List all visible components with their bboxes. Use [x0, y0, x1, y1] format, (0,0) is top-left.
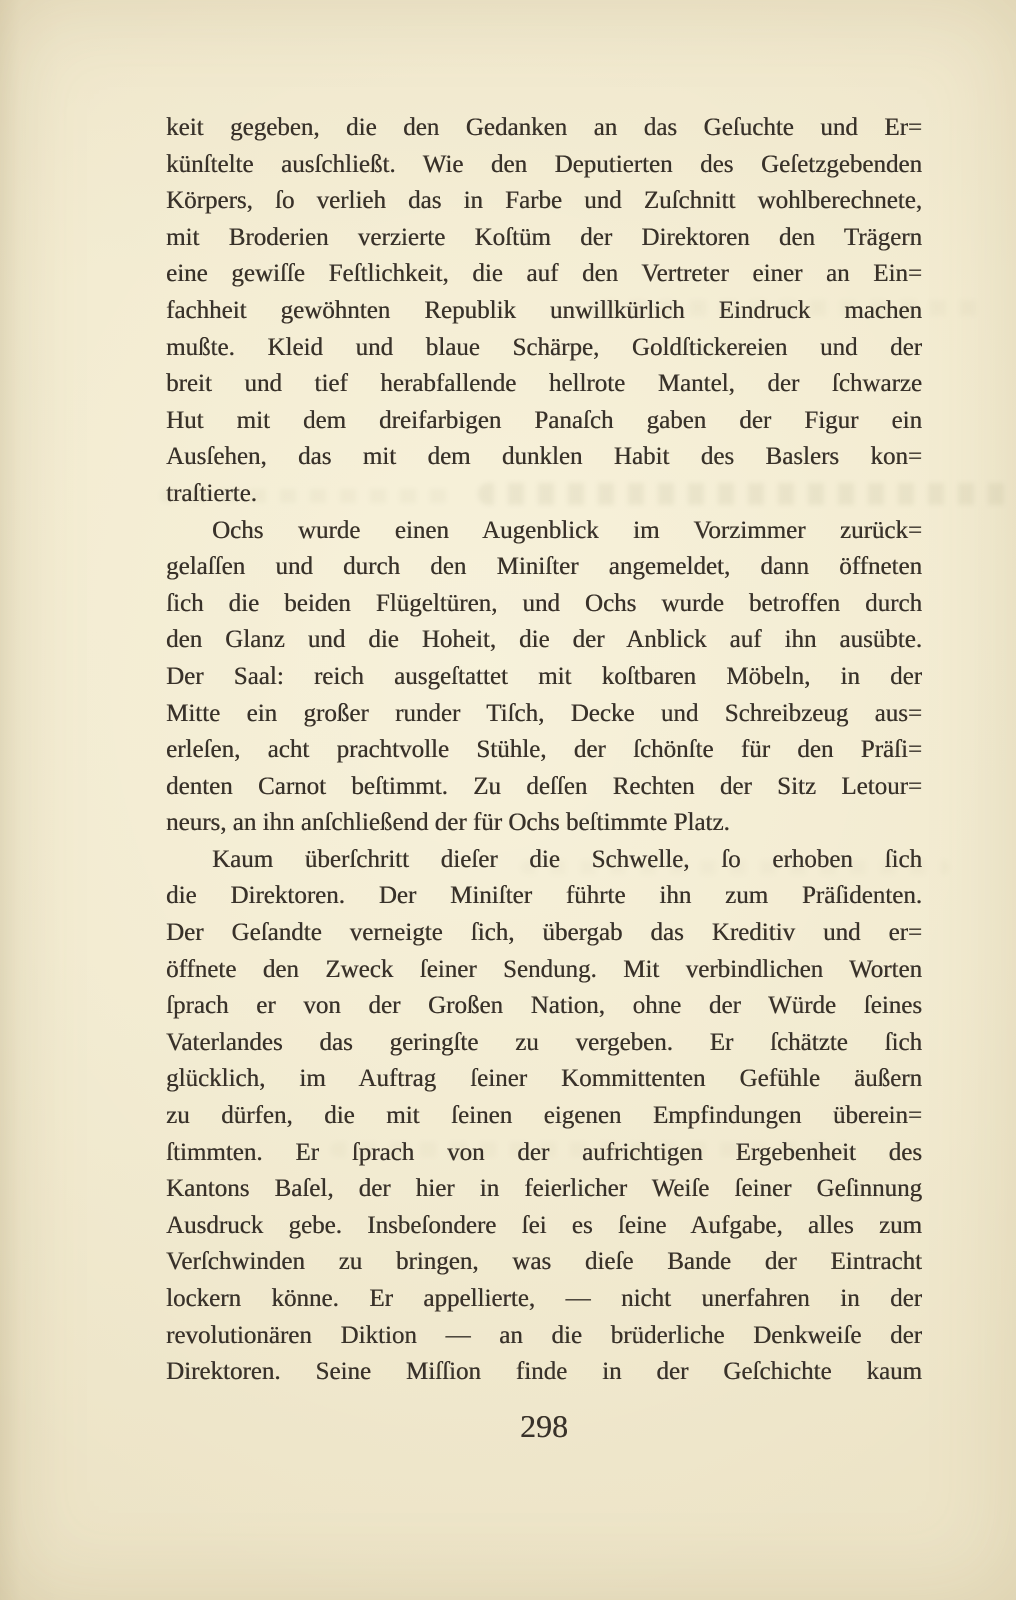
text-line: gelaſſen und durch den Miniſter angemeld…: [166, 549, 922, 586]
text-line: künſtelte ausſchließt. Wie den Deputiert…: [166, 147, 922, 184]
text-line: glücklich, im Auftrag ſeiner Kommittente…: [166, 1061, 922, 1098]
text-line: Kantons Baſel, der hier in feierlicher W…: [166, 1171, 922, 1208]
text-line: Mitte ein großer runder Tiſch, Decke und…: [166, 696, 922, 733]
text-line: Ausſehen, das mit dem dunklen Habit des …: [166, 439, 922, 476]
text-line: zu dürfen, die mit ſeinen eigenen Empfin…: [166, 1098, 922, 1135]
page-text-block: keit gegeben, die den Gedanken an das Ge…: [166, 110, 922, 1391]
text-line-paragraph-start: Ochs wurde einen Augenblick im Vorzimmer…: [166, 513, 922, 550]
page-number: 298: [166, 1408, 922, 1445]
text-line-paragraph-end: traſtierte.: [166, 476, 922, 513]
text-line: Körpers, ſo verlieh das in Farbe und Zuſ…: [166, 183, 922, 220]
text-line: Der Geſandte verneigte ſich, übergab das…: [166, 915, 922, 952]
text-line: fachheit gewöhnten Republik unwillkürlic…: [166, 293, 922, 330]
text-line: erleſen, acht prachtvolle Stühle, der ſc…: [166, 732, 922, 769]
text-line: Vaterlandes das geringſte zu vergeben. E…: [166, 1025, 922, 1062]
text-line: Hut mit dem dreifarbigen Panaſch gaben d…: [166, 403, 922, 440]
text-line: ſprach er von der Großen Nation, ohne de…: [166, 988, 922, 1025]
text-line: die Direktoren. Der Miniſter führte ihn …: [166, 878, 922, 915]
text-line: breit und tief herabfallende hellrote Ma…: [166, 366, 922, 403]
text-line: den Glanz und die Hoheit, die der Anblic…: [166, 622, 922, 659]
text-line: eine gewiſſe Feſtlichkeit, die auf den V…: [166, 256, 922, 293]
text-line: lockern könne. Er appellierte, — nicht u…: [166, 1281, 922, 1318]
text-line: Der Saal: reich ausgeſtattet mit koſtbar…: [166, 659, 922, 696]
text-line: keit gegeben, die den Gedanken an das Ge…: [166, 110, 922, 147]
text-line: mußte. Kleid und blaue Schärpe, Goldſtic…: [166, 330, 922, 367]
text-line-paragraph-start: Kaum überſchritt dieſer die Schwelle, ſo…: [166, 842, 922, 879]
text-line: öffnete den Zweck ſeiner Sendung. Mit ve…: [166, 952, 922, 989]
text-line: ſtimmten. Er ſprach von der aufrichtigen…: [166, 1135, 922, 1172]
text-line: Ausdruck gebe. Insbeſondere ſei es ſeine…: [166, 1208, 922, 1245]
text-line: Verſchwinden zu bringen, was dieſe Bande…: [166, 1244, 922, 1281]
text-line-paragraph-end: neurs, an ihn anſchließend der für Ochs …: [166, 805, 922, 842]
text-line: Direktoren. Seine Miſſion finde in der G…: [166, 1354, 922, 1391]
text-line: mit Broderien verzierte Koſtüm der Direk…: [166, 220, 922, 257]
text-line: denten Carnot beſtimmt. Zu deſſen Rechte…: [166, 769, 922, 806]
text-line: ſich die beiden Flügeltüren, und Ochs wu…: [166, 586, 922, 623]
text-line: revolutionären Diktion — an die brüderli…: [166, 1318, 922, 1355]
book-page-scan: keit gegeben, die den Gedanken an das Ge…: [0, 0, 1016, 1600]
